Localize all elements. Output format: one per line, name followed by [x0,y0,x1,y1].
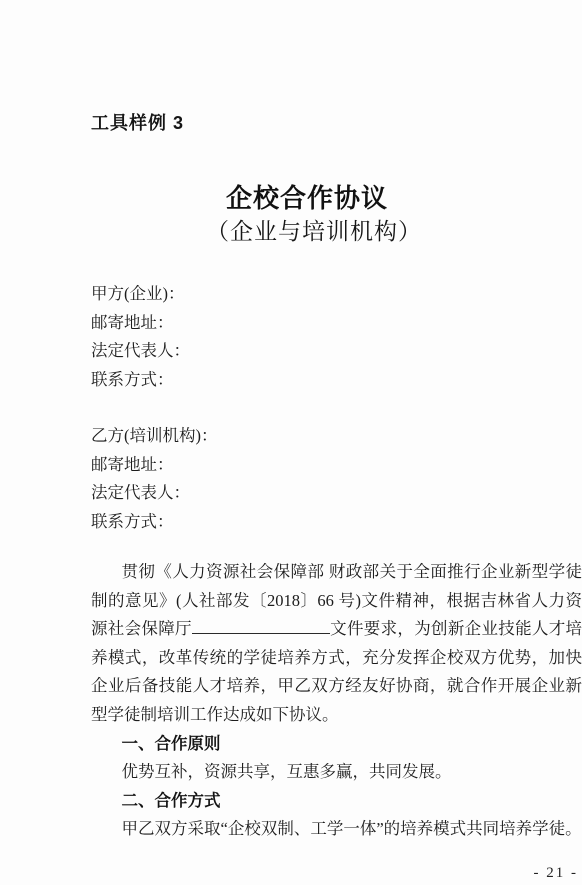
section-1-body: 优势互补，资源共享，互惠多赢，共同发展。 [91,758,582,787]
document-title: 企校合作协议 [0,178,582,215]
sample-label: 工具样例 3 [91,109,184,135]
section-2-heading: 二、合作方式 [91,787,582,816]
fill-in-blank-line [192,618,330,634]
party-b-legal-rep-label: 法定代表人： [91,479,218,508]
section-1-heading: 一、合作原则 [91,730,582,759]
party-b-name-label: 乙方(培训机构)： [91,422,218,451]
party-b-contact-label: 联系方式： [91,508,218,537]
page-number: - 21 - [534,865,579,882]
party-a-contact-label: 联系方式： [91,366,190,395]
party-b-block: 乙方(培训机构)： 邮寄地址： 法定代表人： 联系方式： [91,422,218,536]
party-b-address-label: 邮寄地址： [91,451,218,480]
party-a-name-label: 甲方(企业)： [91,280,190,309]
party-a-address-label: 邮寄地址： [91,309,190,338]
document-body: 贯彻《人力资源社会保障部 财政部关于全面推行企业新型学徒制的意见》(人社部发〔2… [91,558,582,844]
document-page: 工具样例 3 企校合作协议 （企业与培训机构） 甲方(企业)： 邮寄地址： 法定… [0,0,582,885]
party-a-legal-rep-label: 法定代表人： [91,337,190,366]
document-subtitle: （企业与培训机构） [0,213,582,246]
preamble-paragraph: 贯彻《人力资源社会保障部 财政部关于全面推行企业新型学徒制的意见》(人社部发〔2… [91,558,582,730]
section-2-body: 甲乙双方采取“企校双制、工学一体”的培养模式共同培养学徒。 [91,815,582,844]
party-a-block: 甲方(企业)： 邮寄地址： 法定代表人： 联系方式： [91,280,190,394]
